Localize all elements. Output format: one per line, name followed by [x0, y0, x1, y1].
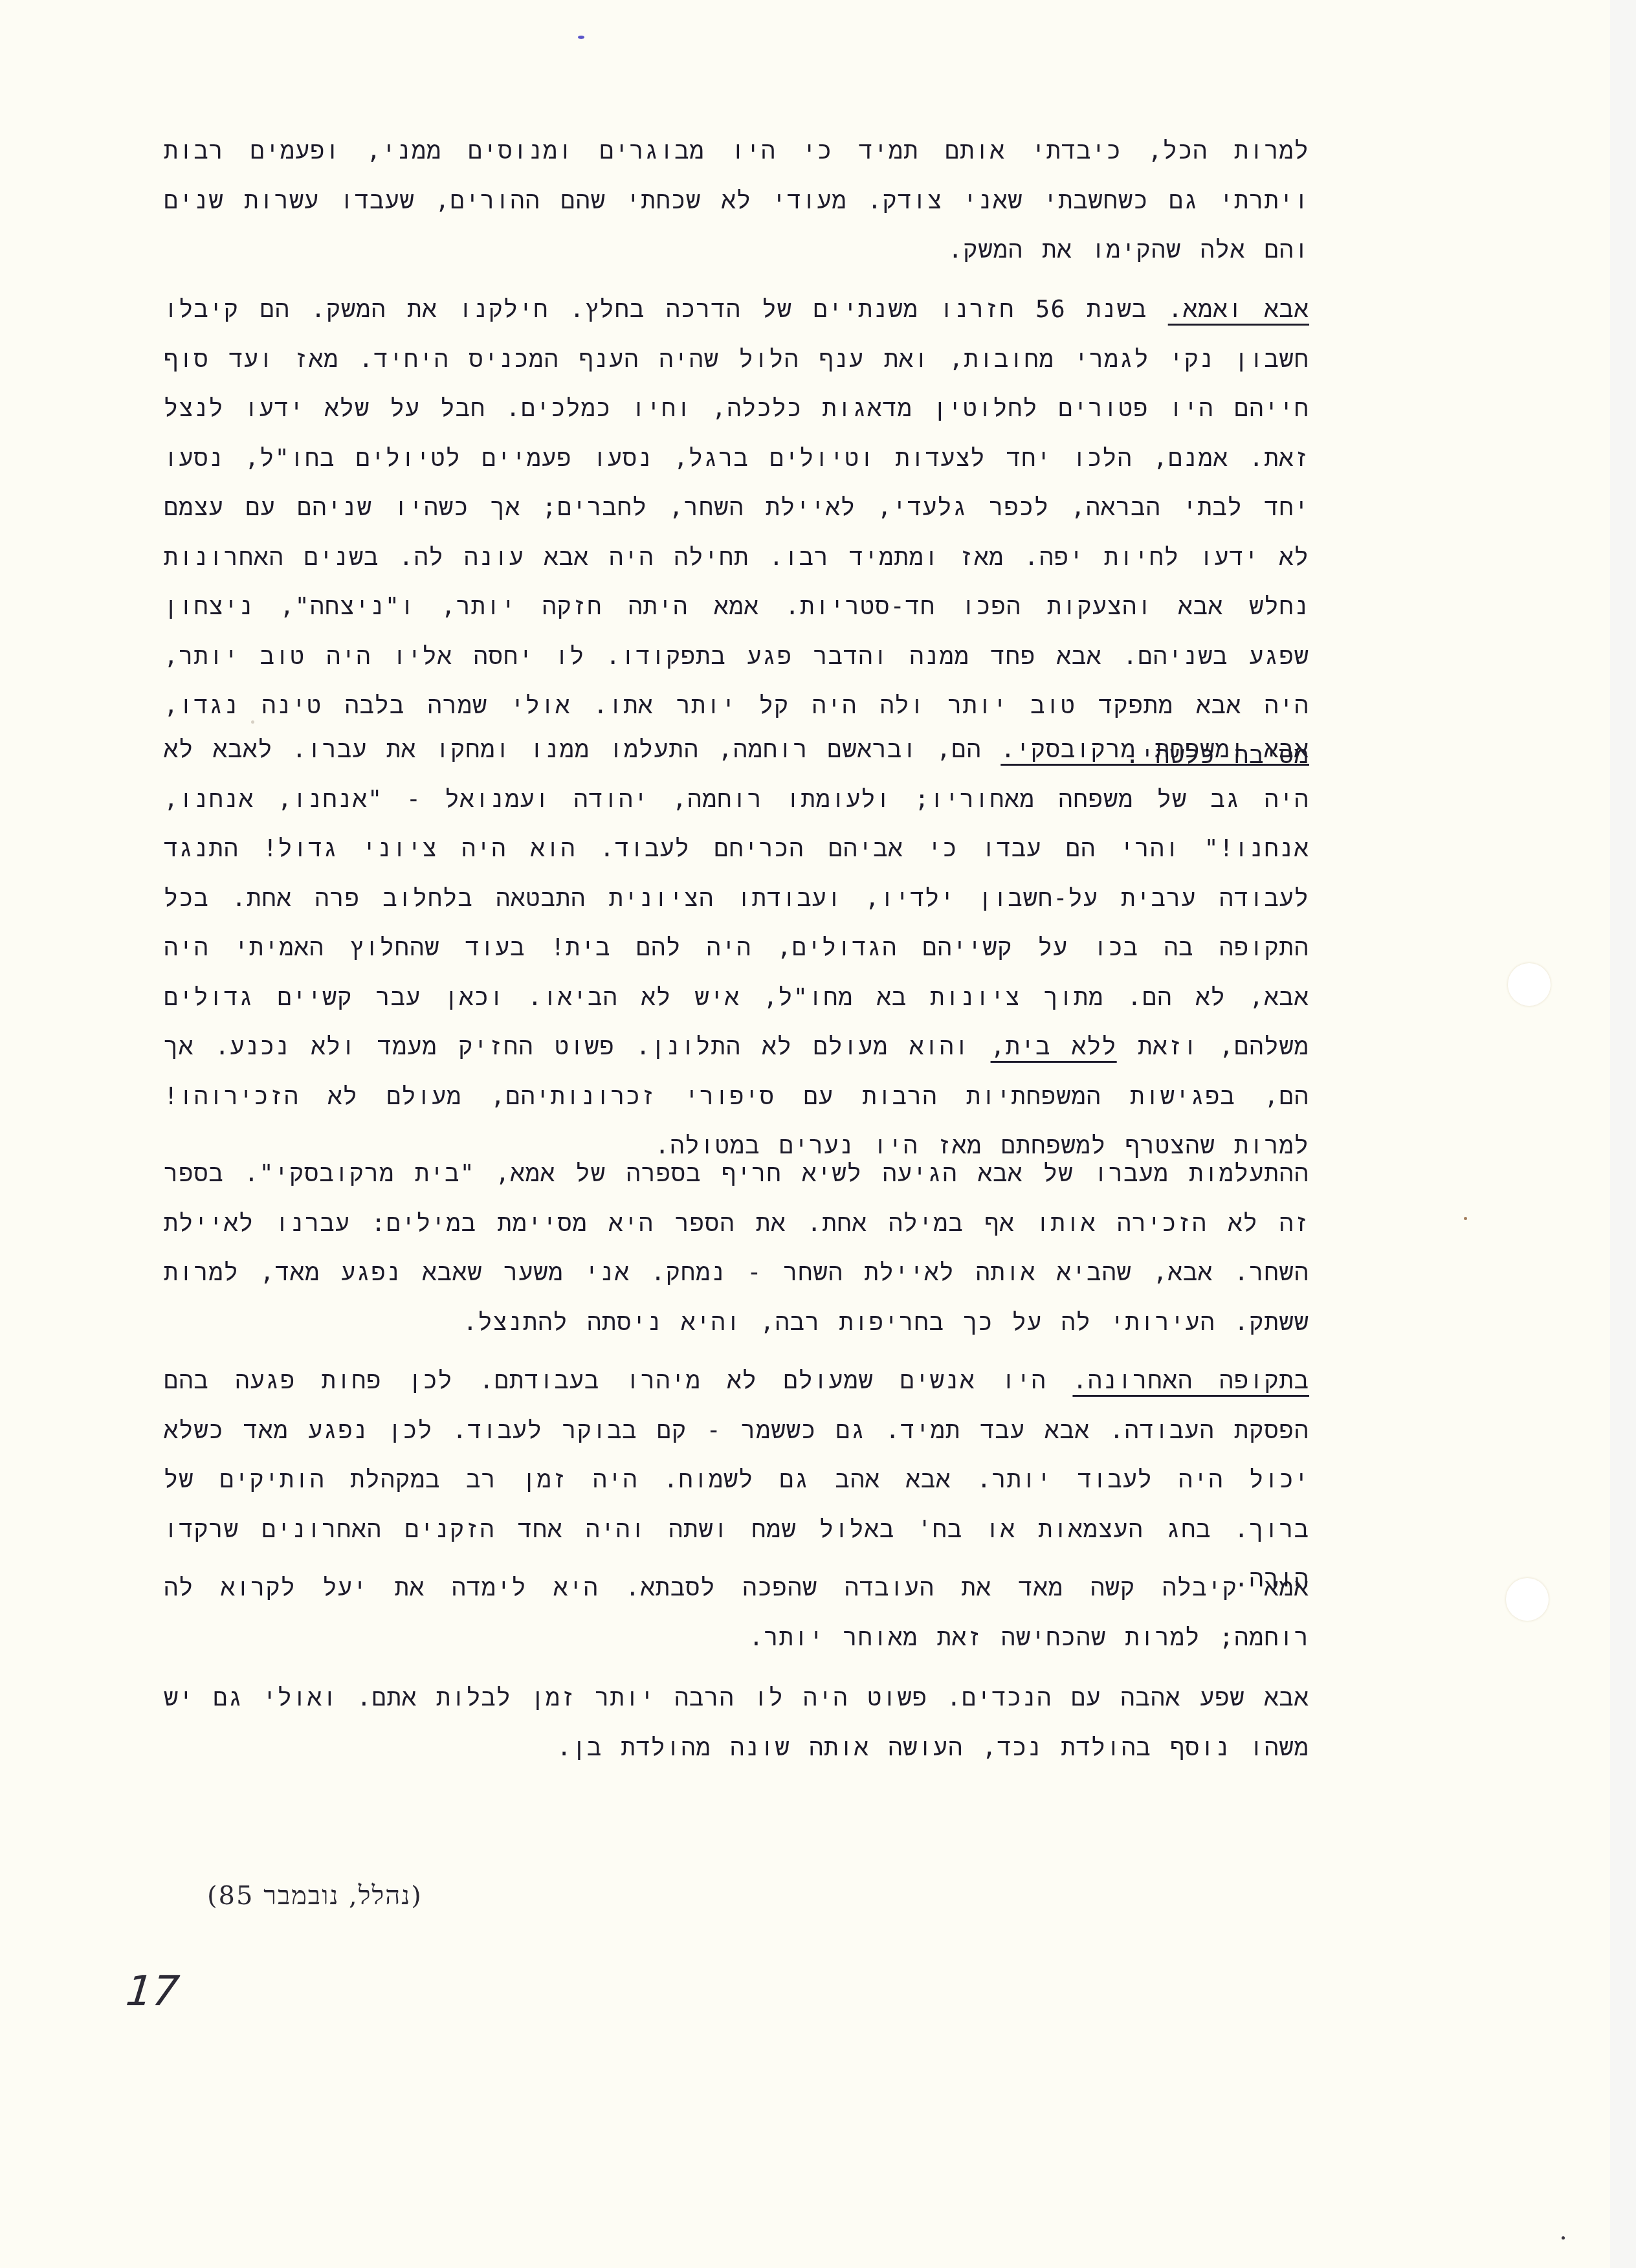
handwritten-page-number: 17 — [124, 1968, 181, 2016]
underlined-phrase: ללא בית, — [991, 1032, 1117, 1060]
place-date-signature: (נהלל, נובמבר 85) — [207, 1880, 423, 1911]
paragraph-text: למרות הכל, כיבדתי אותם תמיד כי היו מבוגר… — [164, 126, 1309, 275]
paragraph-text: ההתעלמות מעברו של אבא הגיעה לשיא חריף בס… — [164, 1149, 1309, 1347]
paragraph-text: אבא שפע אהבה עם הנכדים. פשוט היה לו הרבה… — [164, 1673, 1309, 1772]
paragraph-grandmother: אמא קיבלה קשה מאד את העובדה שהפכה לסבתא.… — [164, 1563, 1309, 1662]
paragraph-text: הם, ובראשם רוחמה, התעלמו ממנו ומחקו את ע… — [164, 735, 1309, 1060]
paragraph-father-mother: אבא ואמא. בשנת 56 חזרנו משנתיים של הדרכה… — [164, 285, 1309, 780]
paragraph-respect: למרות הכל, כיבדתי אותם תמיד כי היו מבוגר… — [164, 126, 1309, 275]
section-heading: בתקופה האחרונה. — [1072, 1366, 1309, 1394]
paragraph-book: ההתעלמות מעברו של אבא הגיעה לשיא חריף בס… — [164, 1149, 1309, 1347]
typewritten-page: למרות הכל, כיבדתי אותם תמיד כי היו מבוגר… — [0, 0, 1636, 2268]
paragraph-text: בשנת 56 חזרנו משנתיים של הדרכה בחלץ. חיל… — [164, 295, 1309, 769]
section-heading: אבא ומשפחת מרקובסקי. — [1000, 735, 1309, 763]
section-heading: אבא ואמא. — [1168, 295, 1309, 323]
paragraph-grandchildren: אבא שפע אהבה עם הנכדים. פשוט היה לו הרבה… — [164, 1673, 1309, 1772]
paragraph-text: אמא קיבלה קשה מאד את העובדה שהפכה לסבתא.… — [164, 1563, 1309, 1662]
paragraph-markovsky-family: אבא ומשפחת מרקובסקי. הם, ובראשם רוחמה, ה… — [164, 725, 1309, 1171]
paragraph-text: היו אנשים שמעולם לא מיהרו בעבודתם. לכן פ… — [164, 1366, 1309, 1592]
